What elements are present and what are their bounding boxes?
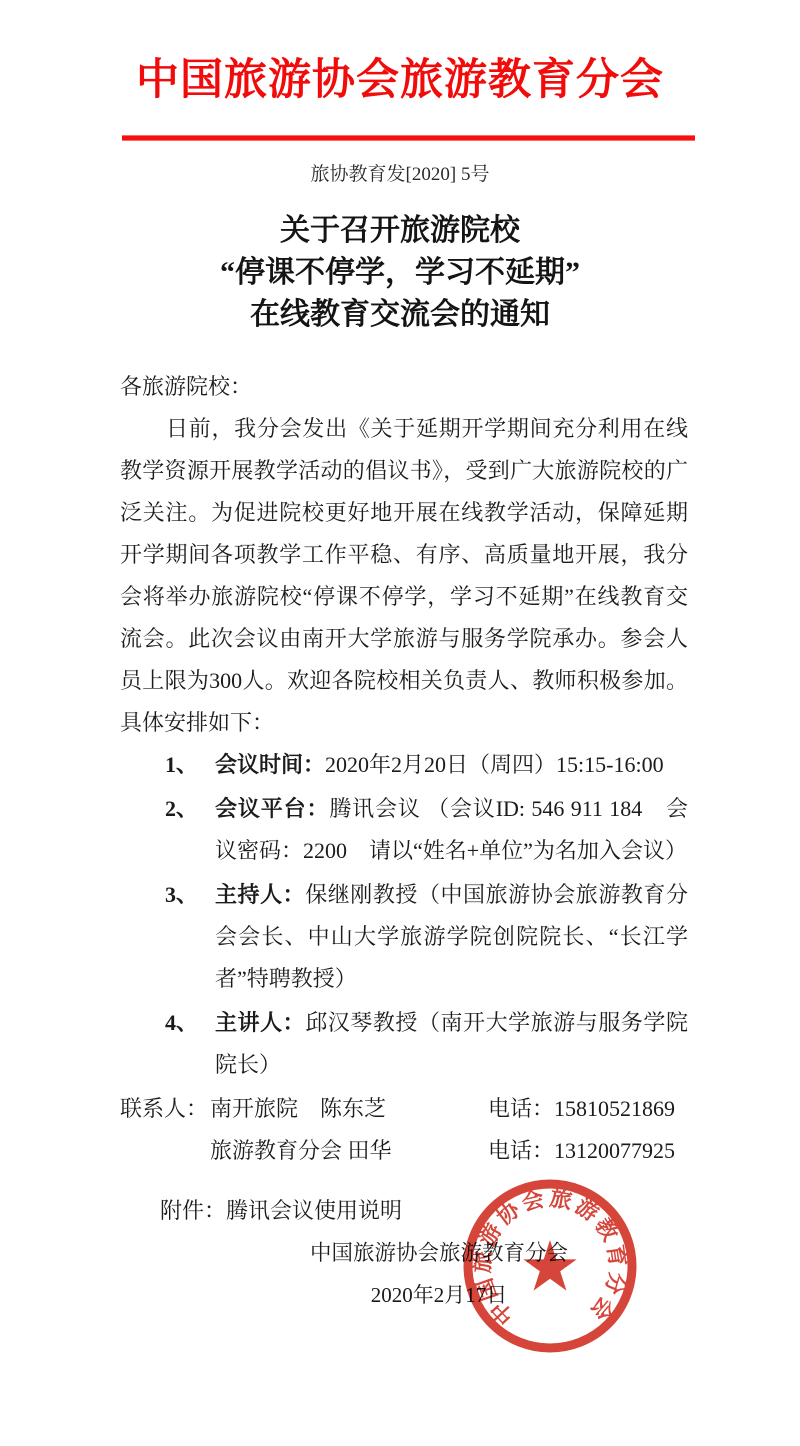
notice-document-page: 中国旅游协会旅游教育分会 旅协教育发[2020] 5号 关于召开旅游院校 “停课… (0, 0, 800, 1446)
list-item-label: 主持人： (215, 882, 305, 907)
notice-body: 各旅游院校： 日前，我分会发出《关于延期开学期间充分利用在线教学资源开展教学活动… (120, 366, 688, 1316)
list-item-number: 4、 (165, 1002, 198, 1044)
list-item-number: 2、 (165, 788, 198, 830)
org-header-title: 中国旅游协会旅游教育分会 (0, 54, 800, 108)
contact-block: 联系人：南开旅院 陈东芝 电话：15810521869 旅游教育分会 田华 电话… (120, 1088, 688, 1172)
attachment-note: 附件：腾讯会议使用说明 (120, 1190, 688, 1232)
document-number: 旅协教育发[2020] 5号 (0, 163, 800, 187)
notice-title-line-3: 在线教育交流会的通知 (0, 294, 800, 336)
list-item: 2、会议平台：腾讯会议 （会议ID: 546 911 184 会议密码：2200… (120, 788, 688, 872)
list-item-label: 会议时间： (215, 752, 325, 777)
contact-name: 南开旅院 陈东芝 (210, 1096, 386, 1121)
list-item-text: 2020年2月20日（周四）15:15-16:00 (325, 752, 664, 777)
agenda-list: 1、会议时间：2020年2月20日（周四）15:15-16:00 2、会议平台：… (120, 744, 688, 1086)
signature-block: 中国旅游协会旅游教育分会 2020年2月17日 (308, 1232, 570, 1316)
list-item-label: 主讲人： (215, 1010, 305, 1035)
list-item-number: 1、 (165, 744, 198, 786)
list-item: 3、主持人：保继刚教授（中国旅游协会旅游教育分会会长、中山大学旅游学院创院院长、… (120, 874, 688, 1000)
list-item-label: 会议平台： (215, 796, 329, 821)
notice-title-line-1: 关于召开旅游院校 (0, 210, 800, 252)
list-item-number: 3、 (165, 874, 198, 916)
contact-row: 联系人：南开旅院 陈东芝 电话：15810521869 (120, 1088, 688, 1130)
contact-phone: 电话：15810521869 (488, 1088, 675, 1130)
red-divider-line (122, 135, 695, 141)
notice-title-line-2: “停课不停学，学习不延期” (0, 252, 800, 294)
contact-row: 旅游教育分会 田华 电话：13120077925 (120, 1130, 688, 1172)
notice-title: 关于召开旅游院校 “停课不停学，学习不延期” 在线教育交流会的通知 (0, 210, 800, 336)
salutation: 各旅游院校： (120, 366, 688, 408)
list-item: 4、主讲人：邱汉琴教授（南开大学旅游与服务学院院长） (120, 1002, 688, 1086)
list-item: 1、会议时间：2020年2月20日（周四）15:15-16:00 (120, 744, 688, 786)
signature-date: 2020年2月17日 (308, 1274, 570, 1316)
contact-phone: 电话：13120077925 (488, 1130, 675, 1172)
body-paragraph: 日前，我分会发出《关于延期开学期间充分利用在线教学资源开展教学活动的倡议书》，受… (120, 408, 688, 744)
contact-prefix: 联系人： (120, 1088, 210, 1130)
contact-name: 旅游教育分会 田华 (210, 1138, 392, 1163)
signature-org-name: 中国旅游协会旅游教育分会 (308, 1232, 570, 1274)
